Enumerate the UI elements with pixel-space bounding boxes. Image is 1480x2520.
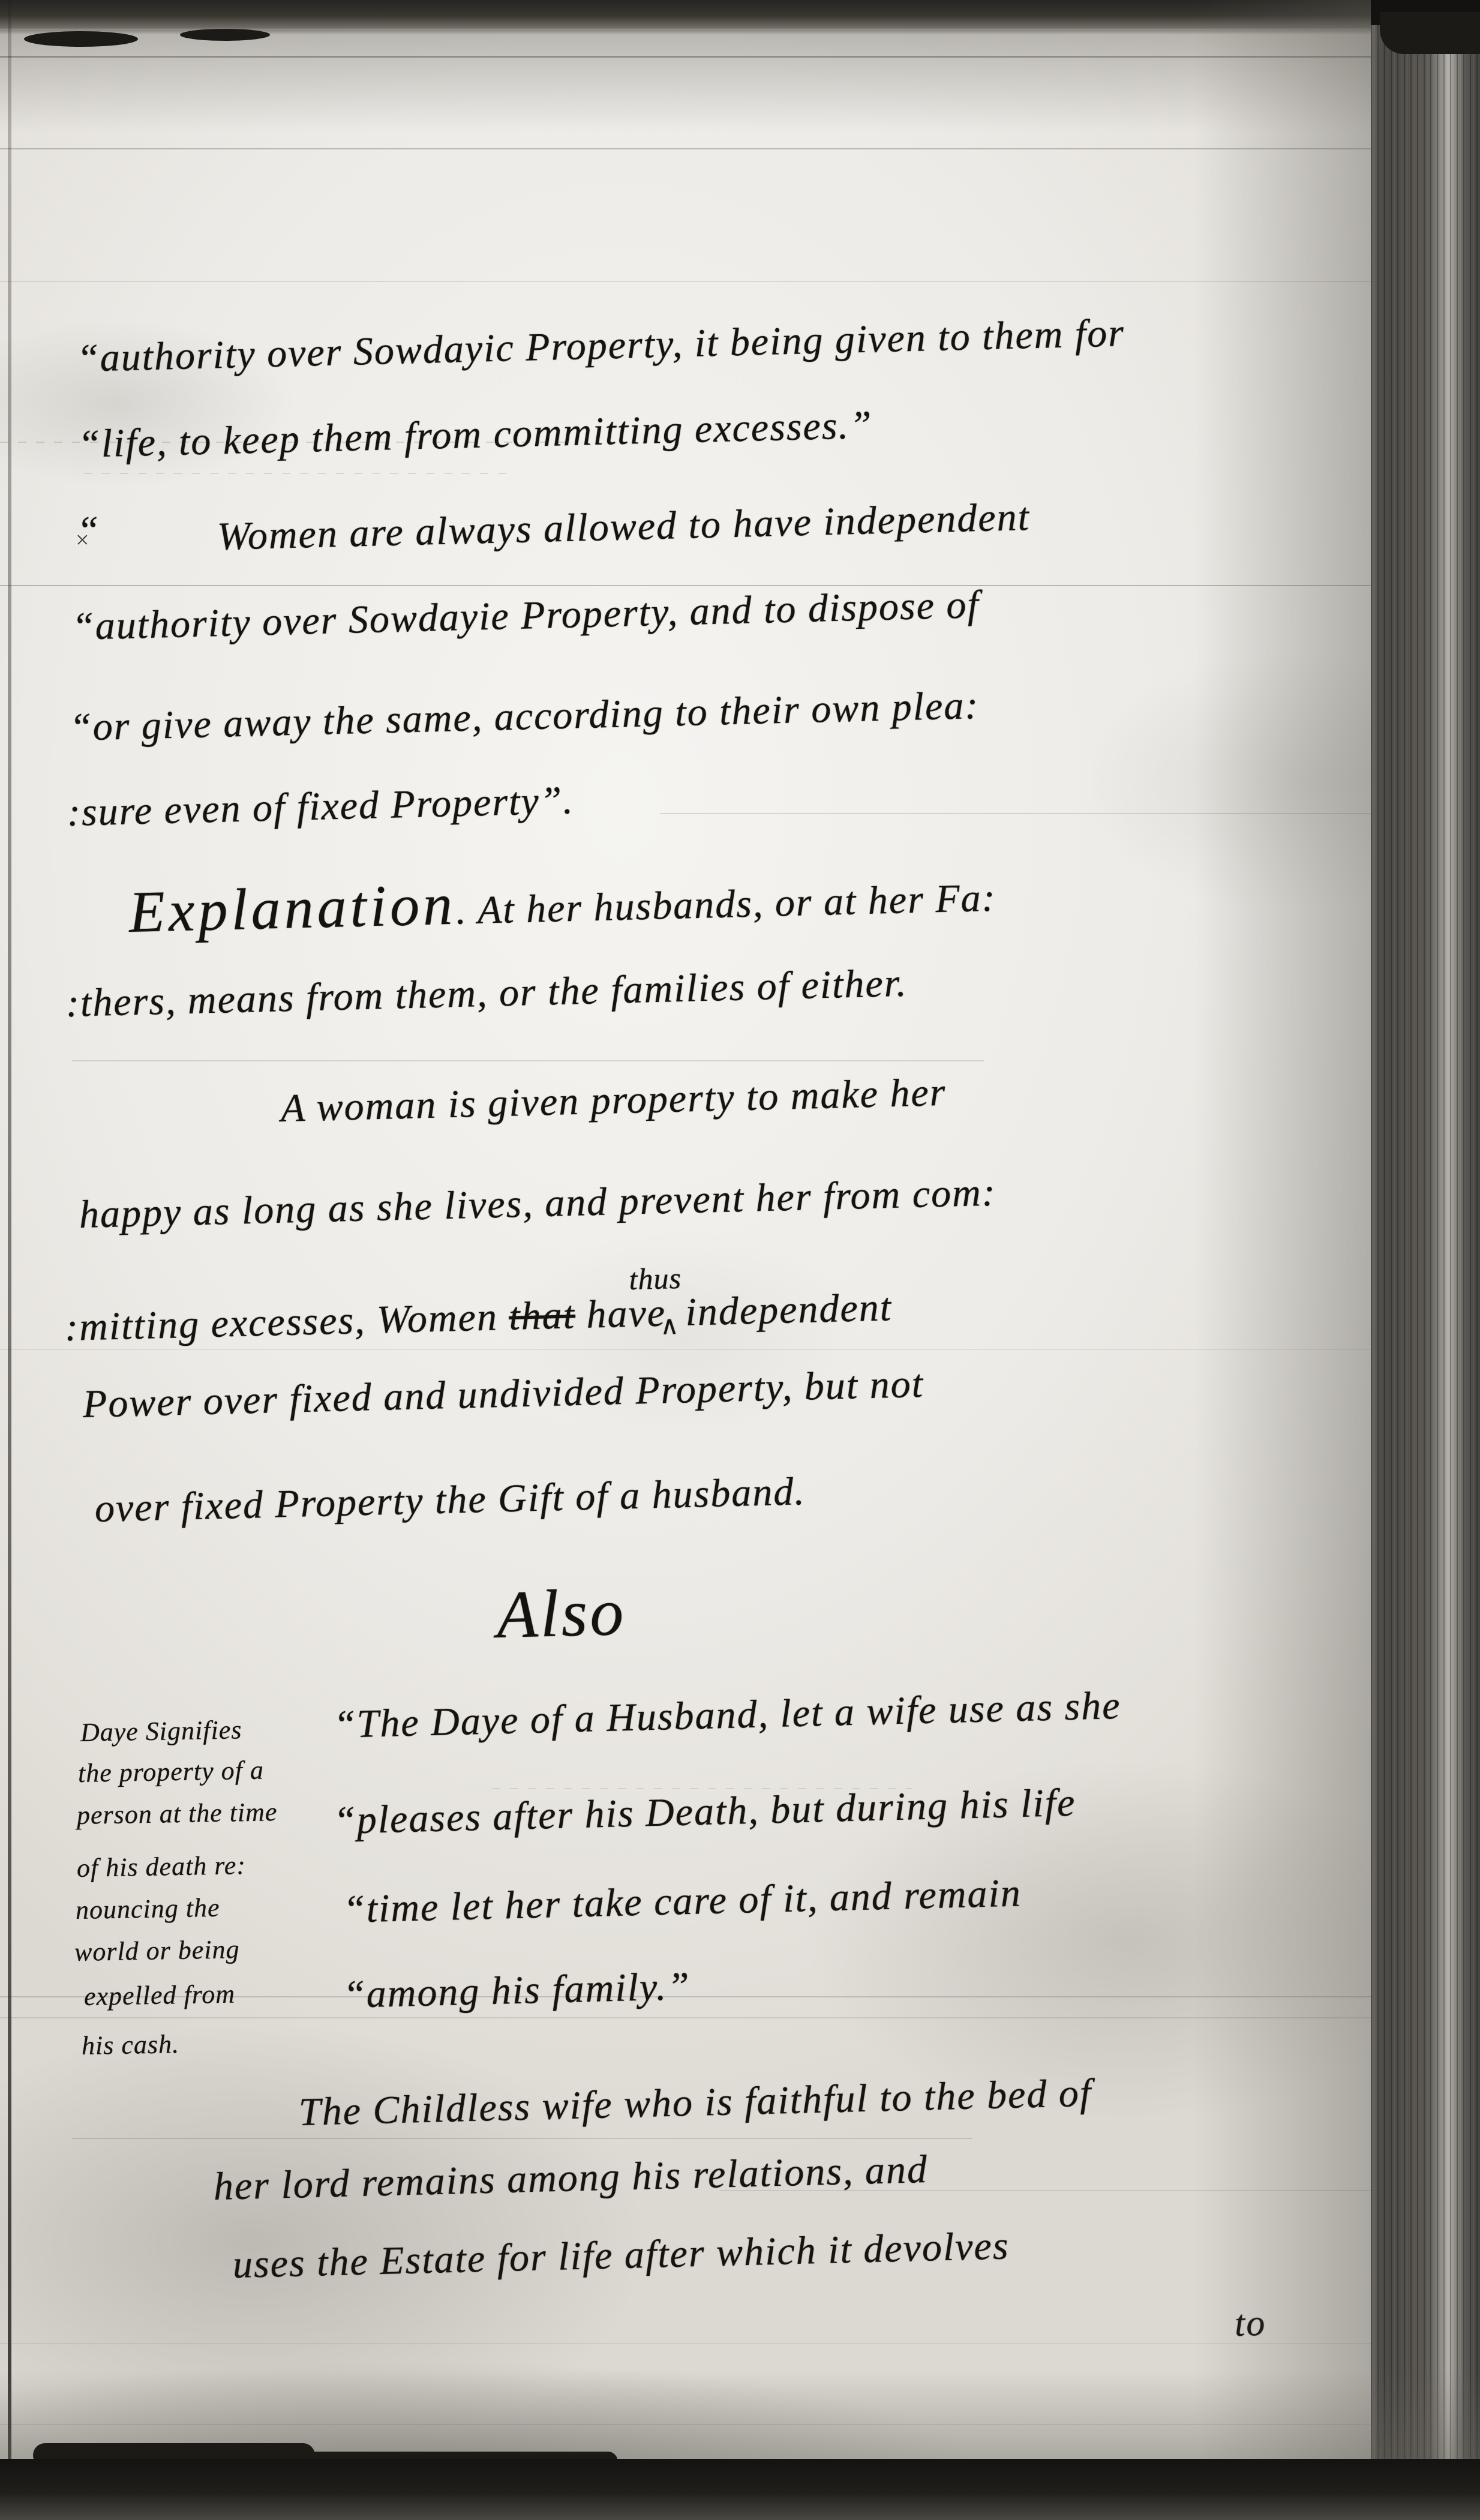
page-left-edge — [8, 0, 11, 2520]
line-text: independent — [674, 1285, 893, 1334]
manuscript-line: :sure even of fixed Property”. — [67, 781, 574, 833]
margin-note-line: his cash. — [82, 2031, 180, 2059]
manuscript-line: Women are always allowed to have indepen… — [217, 497, 1030, 557]
margin-mark: × — [76, 526, 89, 554]
manuscript-line-with-insertion: :mitting excesses, Women that havethus∧ … — [64, 1280, 893, 1348]
manuscript-line: Power over fixed and undivided Property,… — [82, 1364, 924, 1424]
edge-blemish — [24, 31, 138, 47]
manuscript-line: uses the Estate for life after which it … — [232, 2226, 1010, 2285]
book-binding-edge — [1371, 0, 1480, 2520]
manuscript-line: :thers, means from them, or the families… — [65, 964, 908, 1024]
gutter-shadow — [1194, 0, 1371, 2520]
manuscript-line: “pleases after his Death, but during his… — [333, 1783, 1076, 1841]
explanation-line-rest: . At her husbands, or at her Fa: — [455, 876, 996, 933]
manuscript-line: “among his family.” — [343, 1967, 691, 2015]
caret-mark: ∧ — [660, 1313, 680, 1339]
manuscript-line: “time let her take care of it, and remai… — [343, 1873, 1022, 1930]
page-bottom-shadow — [0, 2459, 1480, 2520]
manuscript-line: “or give away the same, according to the… — [69, 686, 980, 748]
manuscript-line: A woman is given property to make her — [280, 1073, 947, 1129]
margin-note-line: world or being — [74, 1936, 240, 1966]
manuscript-line: over fixed Property the Gift of a husban… — [94, 1472, 806, 1529]
insertion-point: thus∧ — [665, 1286, 675, 1325]
manuscript-line: “The Daye of a Husband, let a wife use a… — [333, 1686, 1121, 1745]
margin-note-line: expelled from — [84, 1981, 236, 2010]
manuscript-line: her lord remains among his relations, an… — [213, 2150, 928, 2207]
manuscript-line: “authority over Sowdayie Property, and t… — [71, 585, 980, 647]
edge-blemish — [180, 29, 270, 41]
manuscript-line: “authority over Sowdayic Property, it be… — [76, 313, 1125, 379]
manuscript-page: “authority over Sowdayic Property, it be… — [0, 0, 1480, 2520]
manuscript-line: The Childless wife who is faithful to th… — [298, 2074, 1092, 2132]
margin-note-line: of his death re: — [77, 1852, 247, 1882]
margin-note-line: the property of a — [78, 1757, 265, 1787]
margin-note-line: nouncing the — [76, 1895, 220, 1924]
line-text: have — [575, 1291, 667, 1337]
edge-blemish — [1380, 12, 1480, 54]
manuscript-line: happy as long as she lives, and prevent … — [79, 1173, 996, 1235]
inserted-word: thus — [629, 1263, 682, 1294]
ruled-line — [72, 2138, 972, 2139]
explanation-heading: Explanation — [128, 872, 457, 945]
ruled-line — [84, 473, 516, 474]
manuscript-line: Explanation. At her husbands, or at her … — [128, 862, 997, 942]
ruled-line — [72, 1060, 984, 1061]
manuscript-line: “life, to keep them from committing exce… — [77, 406, 873, 464]
also-heading: Also — [496, 1579, 627, 1649]
strikethrough-word: that — [508, 1293, 575, 1339]
margin-note-line: Daye Signifies — [80, 1717, 242, 1746]
margin-note-line: person at the time — [77, 1799, 278, 1829]
line-text: :mitting excesses, Women — [64, 1295, 509, 1349]
